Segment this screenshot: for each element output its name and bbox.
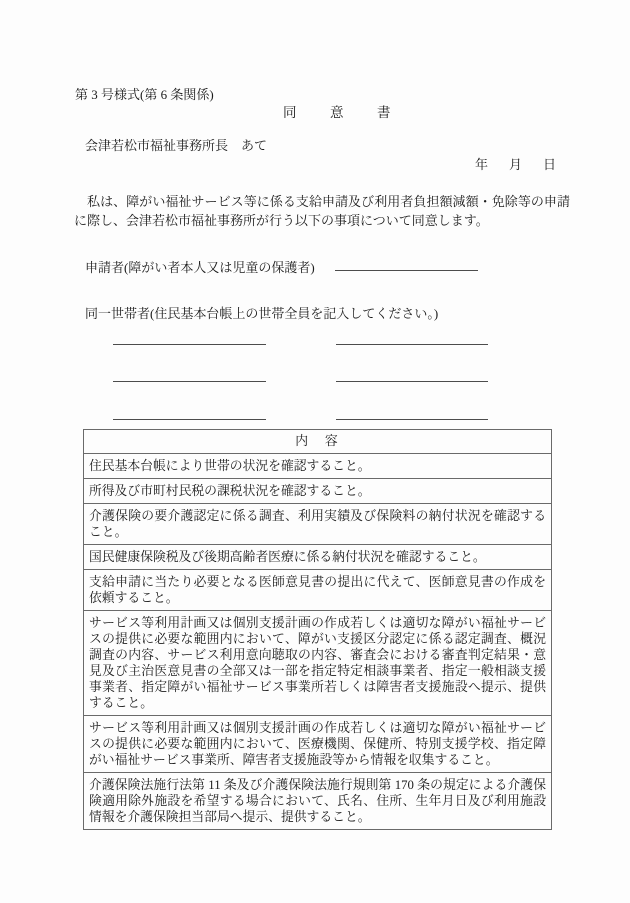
form-number: 第 3 号様式(第 6 条関係): [75, 84, 214, 103]
document-title: 同 意 書: [283, 101, 401, 121]
applicant-label: 申請者(障がい者本人又は児童の保護者): [85, 257, 315, 276]
household-signature-line: [336, 381, 488, 382]
intro-paragraph: 私は、障がい福祉サービス等に係る支給申請及び利用者負担額減額・免除等の申請に際し…: [74, 192, 570, 230]
table-row: 介護保険の要介護認定に係る調査、利用実績及び保険料の納付状況を確認すること。: [84, 503, 551, 544]
table-row: サービス等利用計画又は個別支援計画の作成若しくは適切な障がい福祉サービスの提供に…: [84, 715, 551, 772]
table-row: 介護保険法施行法第 11 条及び介護保険法施行規則第 170 条の規定による介護…: [84, 772, 551, 829]
household-signature-line: [113, 381, 266, 382]
household-signature-line: [113, 344, 266, 345]
household-signature-line: [113, 419, 266, 420]
household-signature-line: [336, 419, 488, 420]
table-row: 支給申請に当たり必要となる医師意見書の提出に代えて、医師意見書の作成を依頼するこ…: [84, 569, 551, 610]
table-row: 国民健康保険税及び後期高齢者医療に係る納付状況を確認すること。: [84, 544, 551, 569]
applicant-signature-line: [335, 270, 478, 271]
addressee-line: 会津若松市福祉事務所長 あて: [85, 135, 267, 154]
table-row: 所得及び市町村民税の課税状況を確認すること。: [84, 478, 551, 503]
household-signature-line: [336, 344, 488, 345]
table-row: サービス等利用計画又は個別支援計画の作成若しくは適切な障がい福祉サービスの提供に…: [84, 610, 551, 715]
household-label: 同一世帯者(住民基本台帳上の世帯全員を記入してください。): [85, 303, 438, 322]
table-row: 住民基本台帳により世帯の状況を確認すること。: [84, 453, 551, 478]
document-page: 第 3 号様式(第 6 条関係) 同 意 書 会津若松市福祉事務所長 あて 年 …: [0, 0, 630, 903]
date-line: 年 月 日: [475, 154, 560, 173]
table-header: 内 容: [84, 430, 551, 453]
consent-table: 内 容 住民基本台帳により世帯の状況を確認すること。 所得及び市町村民税の課税状…: [83, 429, 552, 830]
